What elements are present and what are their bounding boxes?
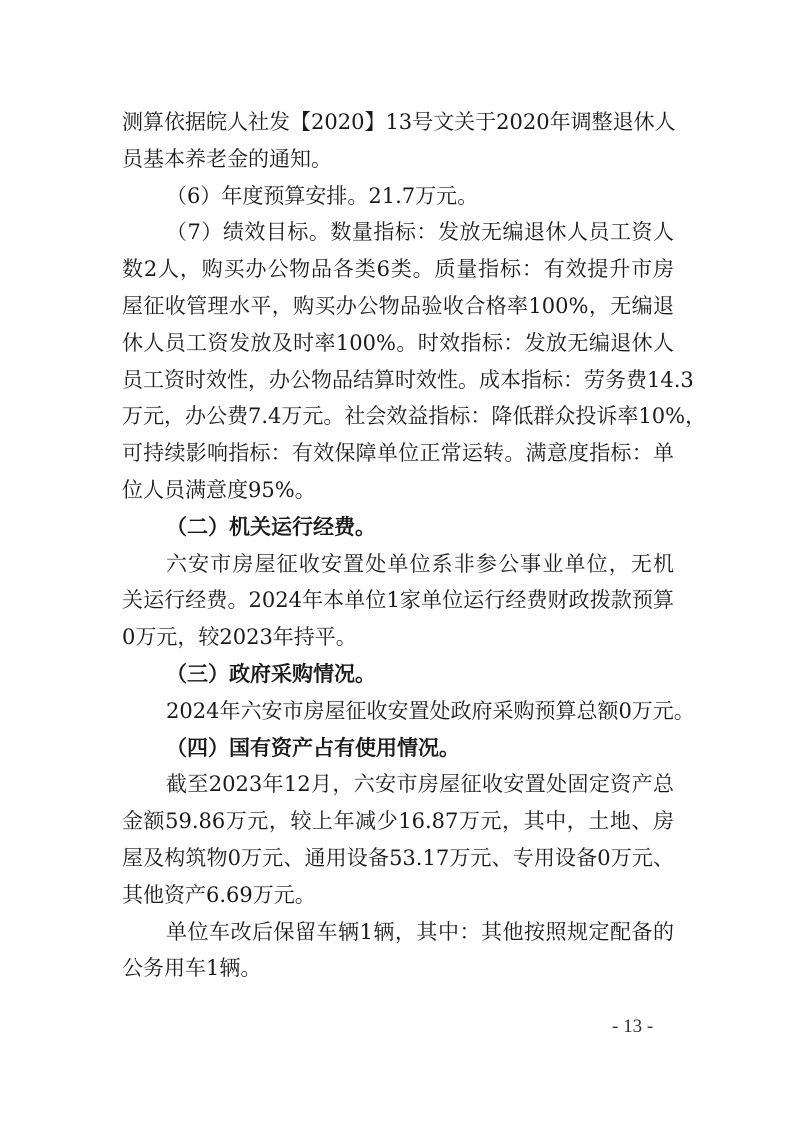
paragraph-line: 关运行经费。2024年本单位1家单位运行经费财政拨款预算: [122, 582, 674, 619]
section-heading-line: （二）机关运行经费。: [122, 509, 674, 546]
paragraph-line: 员基本养老金的通知。: [122, 141, 674, 178]
paragraph-line: 员工资时效性，办公物品结算时效性。成本指标：劳务费14.3: [122, 362, 674, 399]
paragraph-line: 位人员满意度95%。: [122, 472, 674, 509]
paragraph-line: 屋及构筑物0万元、通用设备53.17万元、专用设备0万元、: [122, 840, 674, 877]
paragraph-line: 数2人，购买办公物品各类6类。质量指标：有效提升市房: [122, 251, 674, 288]
document-page: 测算依据皖人社发【2020】13号文关于2020年调整退休人员基本养老金的通知。…: [0, 0, 793, 1122]
paragraph-line: 六安市房屋征收安置处单位系非参公事业单位，无机: [122, 546, 674, 583]
section-heading-line: （三）政府采购情况。: [122, 656, 674, 693]
paragraph-line: 测算依据皖人社发【2020】13号文关于2020年调整退休人: [122, 104, 674, 141]
paragraph-line: （6）年度预算安排。21.7万元。: [122, 178, 674, 215]
paragraph-line: 其他资产6.69万元。: [122, 877, 674, 914]
page-number: - 13 -: [612, 1016, 653, 1038]
paragraph-line: 单位车改后保留车辆1辆，其中：其他按照规定配备的: [122, 914, 674, 951]
paragraph-line: 可持续影响指标：有效保障单位正常运转。满意度指标：单: [122, 435, 674, 472]
paragraph-line: 0万元，较2023年持平。: [122, 619, 674, 656]
paragraph-line: 2024年六安市房屋征收安置处政府采购预算总额0万元。: [122, 693, 674, 730]
paragraph-line: 万元，办公费7.4万元。社会效益指标：降低群众投诉率10%，: [122, 398, 674, 435]
paragraph-line: 休人员工资发放及时率100%。时效指标：发放无编退休人: [122, 325, 674, 362]
document-body: 测算依据皖人社发【2020】13号文关于2020年调整退休人员基本养老金的通知。…: [122, 104, 674, 987]
paragraph-line: 公务用车1辆。: [122, 950, 674, 987]
paragraph-line: 截至2023年12月，六安市房屋征收安置处固定资产总: [122, 766, 674, 803]
paragraph-line: （7）绩效目标。数量指标：发放无编退休人员工资人: [122, 214, 674, 251]
paragraph-line: 屋征收管理水平，购买办公物品验收合格率100%，无编退: [122, 288, 674, 325]
paragraph-line: 金额59.86万元，较上年减少16.87万元，其中，土地、房: [122, 803, 674, 840]
section-heading-line: （四）国有资产占有使用情况。: [122, 730, 674, 767]
